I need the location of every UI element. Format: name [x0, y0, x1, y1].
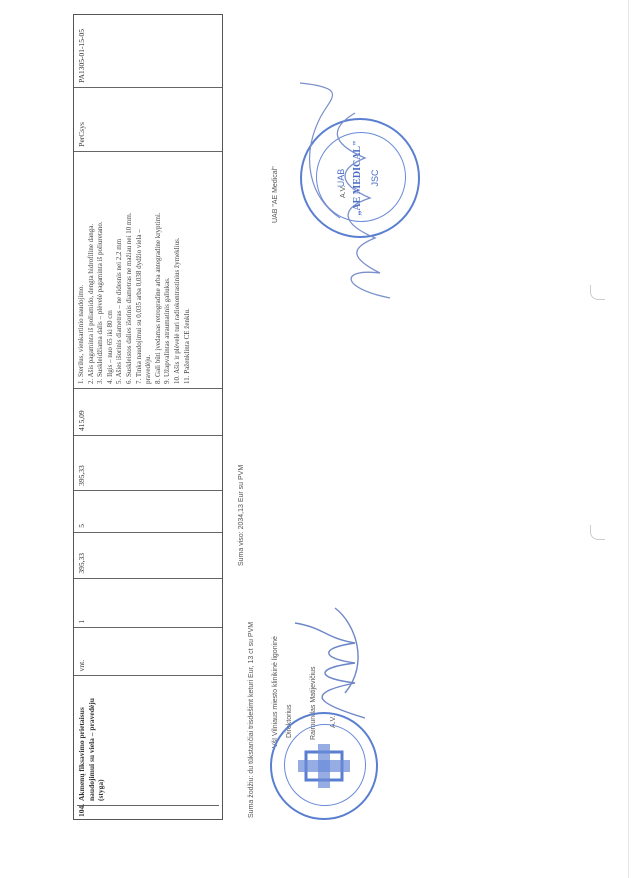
unit-price-cell: 395,33	[74, 532, 222, 578]
description-line: 9. Užapvalintas atraumatinis galiukas.	[163, 156, 173, 384]
description-line: 5. Ašies išorinis diametras – ne didesni…	[115, 156, 125, 384]
specification-table: 104. Akmenų fiksavimo prietaisus naudoji…	[73, 14, 223, 820]
buyer-stamp	[270, 712, 378, 820]
description-line: 7. Tinka naudojimui su 0,035 arba 0,038 …	[135, 156, 145, 384]
description-line: 8. Gali būti įvedamas retrogradine arba …	[154, 156, 164, 384]
scan-mark	[590, 285, 605, 300]
sum-total: Suma viso: 2034,13 Eur su PVM	[238, 465, 245, 566]
description-cell: 1. Sterilus, vienkartinio naudojimo. 2. …	[74, 151, 222, 388]
description-line: pravedėju.	[144, 156, 154, 384]
description-line: 10. Ašis ir plėvelė turi radiokontrastin…	[173, 156, 183, 384]
sum-in-words: Suma žodžiu: du tūkstančiai trisdešimt k…	[248, 622, 255, 818]
seller-signature	[280, 78, 420, 318]
product-code-cell: PA1305-01-15-05	[74, 15, 222, 87]
seller-organization: UAB "AE Medical"	[272, 166, 279, 223]
scan-edge	[628, 0, 629, 878]
description-line: 1. Sterilus, vienkartinio naudojimo.	[77, 156, 87, 384]
description-line: 4. Ilgis – nuo 65 iki 80 cm	[106, 156, 116, 384]
unit-cell: vnt.	[74, 628, 222, 676]
scan-mark	[590, 525, 605, 540]
document-page: 104. Akmenų fiksavimo prietaisus naudoji…	[0, 0, 638, 878]
buyer-stamp-emblem-icon	[272, 714, 376, 818]
description-line: 2. Ašis pagaminta iš poliamido, dengta h…	[87, 156, 97, 384]
description-line: 11. Paženklinta CE ženklu.	[183, 156, 193, 384]
vat-rate-cell: 5	[74, 490, 222, 532]
sum-with-vat-cell: 415,09	[74, 388, 222, 435]
description-line: 3. Suskleidžiama dalis – plėvelė pagamin…	[96, 156, 106, 384]
sum-without-vat-cell: 395,33	[74, 435, 222, 490]
manufacturer-cell: PerCsys	[74, 87, 222, 151]
buyer-signature	[285, 603, 375, 723]
quantity-cell: 1	[74, 578, 222, 628]
item-name: Akmenų fiksavimo prietaisus naudojimui s…	[77, 678, 219, 801]
item-cell: 104. Akmenų fiksavimo prietaisus naudoji…	[74, 675, 222, 819]
description-line: 6. Suskleistos dalies išorinis diametras…	[125, 156, 135, 384]
row-number: 104.	[77, 805, 219, 817]
